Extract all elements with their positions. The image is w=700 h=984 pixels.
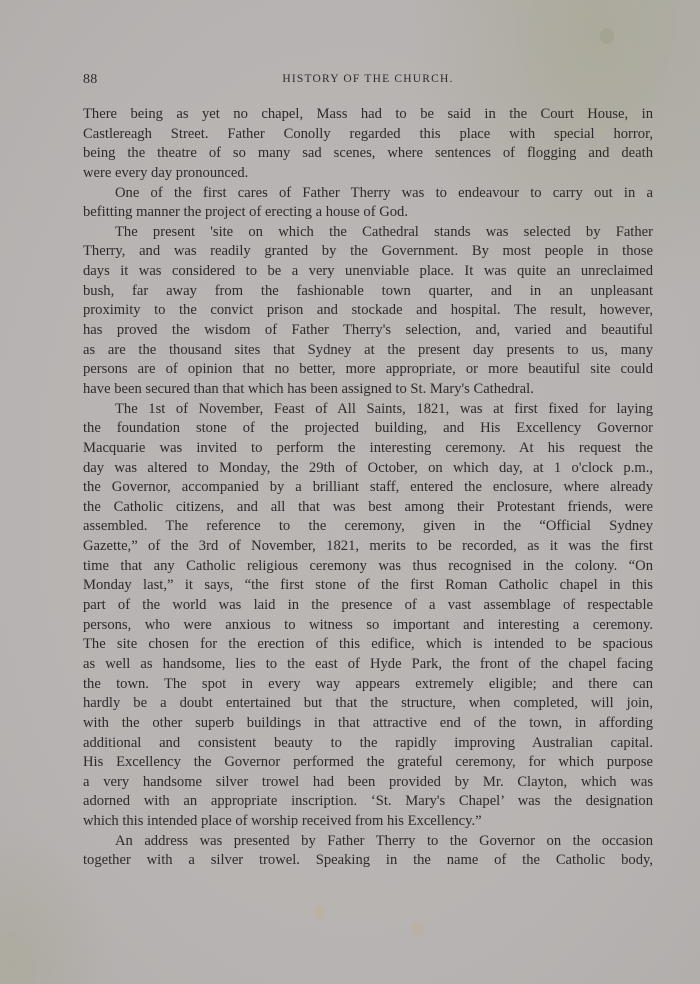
text-line: The present 'site on which the Cathedral… xyxy=(83,223,653,243)
text-line: a very handsome silver trowel had been p… xyxy=(83,773,653,793)
text-line: additional and consistent beauty to the … xyxy=(83,734,653,754)
text-line: as are the thousand sites that Sydney at… xyxy=(83,341,653,361)
text-line: being the theatre of so many sad scenes,… xyxy=(83,144,653,164)
text-line: befitting manner the project of erecting… xyxy=(83,203,653,223)
text-line: Gazette,” of the 3rd of November, 1821, … xyxy=(83,537,653,557)
text-line: Therry, and was readily granted by the G… xyxy=(83,242,653,262)
text-line: were every day pronounced. xyxy=(83,164,653,184)
text-line: day was altered to Monday, the 29th of O… xyxy=(83,459,653,479)
text-line: time that any Catholic religious ceremon… xyxy=(83,557,653,577)
text-line: Macquarie was invited to perform the int… xyxy=(83,439,653,459)
text-line: as well as handsome, lies to the east of… xyxy=(83,655,653,675)
text-line: with the other superb buildings in that … xyxy=(83,714,653,734)
text-line: hardly be a doubt entertained but that t… xyxy=(83,694,653,714)
text-line: Monday last,” it says, “the first stone … xyxy=(83,576,653,596)
text-line: the town. The spot in every way appears … xyxy=(83,675,653,695)
text-line: the Catholic citizens, and all that was … xyxy=(83,498,653,518)
text-line: which this intended place of worship rec… xyxy=(83,812,653,832)
text-line: assembled. The reference to the ceremony… xyxy=(83,517,653,537)
text-line: the foundation stone of the projected bu… xyxy=(83,419,653,439)
text-line: Castlereagh Street. Father Conolly regar… xyxy=(83,125,653,145)
running-head: 88 HISTORY OF THE CHURCH. xyxy=(83,72,653,90)
paper-stain xyxy=(313,905,325,919)
text-line: has proved the wisdom of Father Therry's… xyxy=(83,321,653,341)
scanned-book-page: 88 HISTORY OF THE CHURCH. There being as… xyxy=(0,0,700,984)
text-line: There being as yet no chapel, Mass had t… xyxy=(83,105,653,125)
paper-stain xyxy=(411,922,425,936)
text-line: part of the world was laid in the presen… xyxy=(83,596,653,616)
text-line: have been secured than that which has be… xyxy=(83,380,653,400)
running-title: HISTORY OF THE CHURCH. xyxy=(83,73,653,85)
text-line: The site chosen for the erection of this… xyxy=(83,635,653,655)
text-line: bush, far away from the fashionable town… xyxy=(83,282,653,302)
text-line: An address was presented by Father Therr… xyxy=(83,832,653,852)
body-text: There being as yet no chapel, Mass had t… xyxy=(83,105,653,871)
text-line: adorned with an appropriate inscription.… xyxy=(83,792,653,812)
text-line: together with a silver trowel. Speaking … xyxy=(83,851,653,871)
text-line: persons are of opinion that no better, m… xyxy=(83,360,653,380)
text-line: days it was considered to be a very unen… xyxy=(83,262,653,282)
text-line: persons, who were anxious to witness so … xyxy=(83,616,653,636)
text-line: His Excellency the Governor performed th… xyxy=(83,753,653,773)
text-line: the Governor, accompanied by a brilliant… xyxy=(83,478,653,498)
text-line: The 1st of November, Feast of All Saints… xyxy=(83,400,653,420)
paper-stain xyxy=(600,28,614,44)
text-line: proximity to the convict prison and stoc… xyxy=(83,301,653,321)
text-line: One of the first cares of Father Therry … xyxy=(83,184,653,204)
